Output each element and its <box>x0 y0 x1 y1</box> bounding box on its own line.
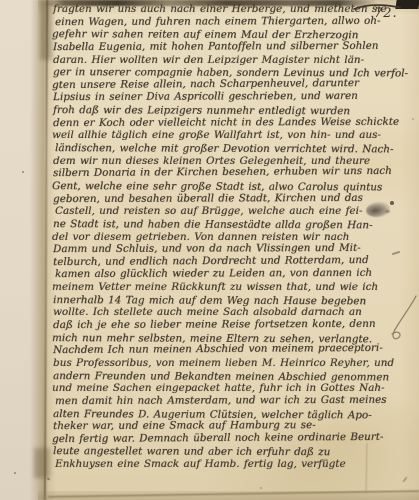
manuscript-line: andern Freunden und Bekandten meinen Abs… <box>53 370 383 384</box>
manuscript-text: fragten wir uns auch nach einer Herberge… <box>53 3 383 471</box>
manuscript-line: einen Wagen, und fuhren nach einem Thier… <box>55 14 383 28</box>
manuscript-line: Nachdem Ich nun meinen Abschied von mein… <box>53 342 383 357</box>
manuscript-line: daran. Hier wollten wir den Leipziger Ma… <box>53 54 383 67</box>
manuscript-line: bus Professoribus, von meinem lieben M. … <box>53 357 383 370</box>
manuscript-line: Enkhuysen eine Smack auf Hamb. fertig la… <box>55 458 383 471</box>
manuscript-line: meinem Vetter meine Rückkunft zu wissen … <box>52 281 383 294</box>
paper-speck <box>14 472 16 474</box>
manuscript-line: Lipsius in seiner Diva Aspricolli geschr… <box>53 90 383 104</box>
paper-speck <box>412 118 414 120</box>
margin-flourish <box>382 292 419 346</box>
manuscript-line: daß ich je ehe so lieber meine Reise for… <box>53 318 383 332</box>
crease-smudge-top <box>40 0 52 60</box>
manuscript-scan: 72. fragten wir uns auch nach einer Herb… <box>0 0 419 500</box>
manuscript-line: ne Stadt ist, und haben die Hansestädte … <box>53 218 383 232</box>
manuscript-line: fragten wir uns auch nach einer Herberge… <box>53 3 383 16</box>
manuscript-line: geln fertig war. Demnach überall noch ke… <box>52 431 383 446</box>
paper-speck <box>22 171 24 173</box>
manuscript-line: geboren, und besahen überall die Stadt, … <box>53 191 383 205</box>
manuscript-line: innerhalb 14 Tag mich auf dem Weg nach H… <box>53 294 383 308</box>
manuscript-line: ländischen, welche mit großer Devotion v… <box>55 142 383 156</box>
crease-smudge-bottom <box>34 448 50 478</box>
manuscript-line: men damit hin nach Amsterdam, und war ic… <box>55 394 383 408</box>
manuscript-line: denn er Koch oder vielleicht nicht in de… <box>53 115 383 129</box>
ink-fleck <box>390 201 394 205</box>
manuscript-line: silbern Donaria in der Kirchen besehen, … <box>53 165 383 180</box>
manuscript-line: Castell, und reisten so auf Brügge, welc… <box>55 205 383 218</box>
manuscript-line: Isabella Eugenia, mit hohen Pantoffeln u… <box>53 40 383 54</box>
paper-speck <box>260 487 262 489</box>
ink-fleck <box>385 210 390 213</box>
manuscript-line: weil allhie täglich eine große Wallfahrt… <box>52 129 383 142</box>
manuscript-line: kamen also glücklich wieder zu Leiden an… <box>55 267 383 281</box>
manuscript-line: leute angestellet waren und aber ich erf… <box>53 445 383 459</box>
